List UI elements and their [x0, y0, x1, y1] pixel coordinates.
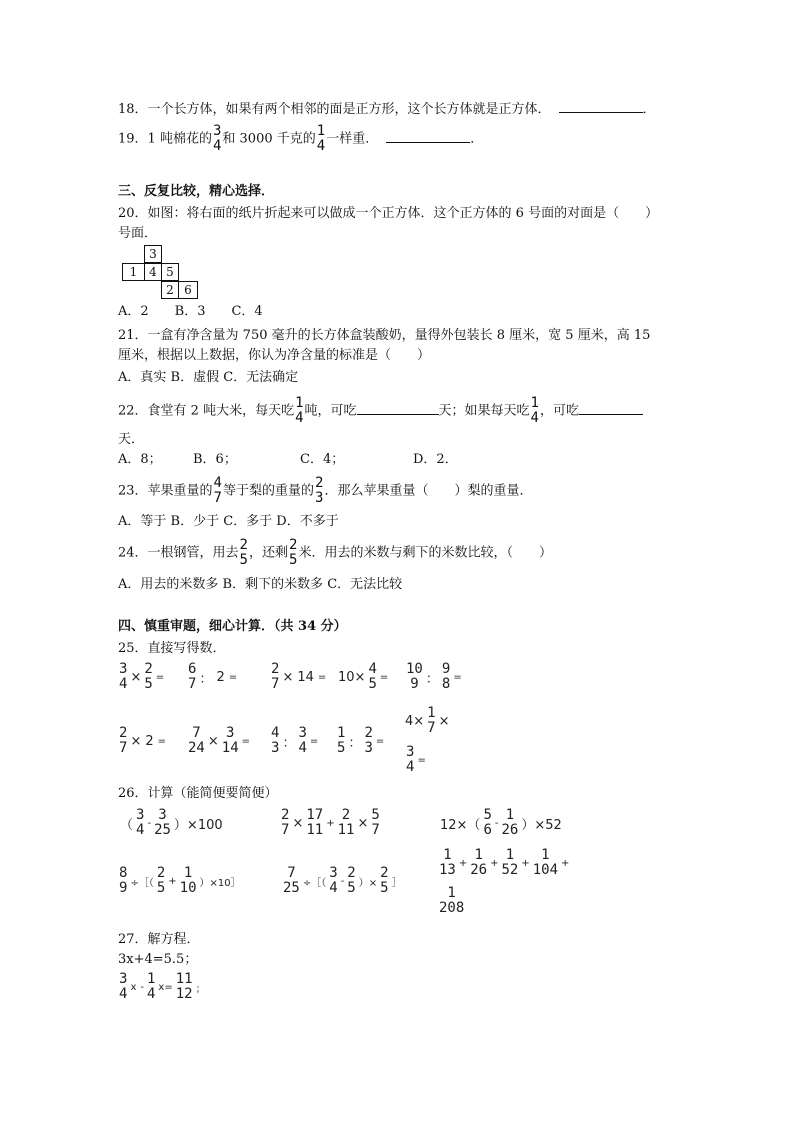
question-22: 22．食堂有 2 吨大米，每天吃14吨，可吃天；如果每天吃14，可吃 — [118, 396, 643, 427]
fraction: 23 — [315, 476, 323, 506]
net-face-5: 5 — [161, 263, 179, 281]
q26-expr-4: 89÷［（25+110）×10］ — [118, 866, 243, 896]
q26-expr-3: 12×（56-126）×52 — [438, 808, 564, 838]
net-face-3: 3 — [144, 245, 162, 263]
q25-expr-6: 27×2= — [118, 726, 168, 756]
q25-expr-8: 43：34= — [270, 726, 320, 756]
fraction: 25 — [240, 538, 248, 568]
question-19: 19．1 吨棉花的34和 3000 千克的14一样重．． — [118, 124, 483, 155]
question-23-options: A．等于 B．少于 C．多于 D．不多于 — [118, 514, 339, 530]
fraction: 25 — [289, 538, 297, 568]
question-21-options: A．真实 B．虚假 C．无法确定 — [118, 370, 298, 386]
question-22-option-d: D．2． — [413, 452, 458, 468]
section-3-title: 三、反复比较，精心选择． — [118, 184, 274, 200]
fraction: 47 — [214, 476, 222, 506]
q26-expr-5: 725÷［（34-25）×25］ — [282, 866, 404, 896]
question-25-title: 25．直接写得数． — [118, 641, 226, 657]
fraction: 14 — [317, 124, 325, 154]
answer-blank-19[interactable] — [386, 130, 470, 143]
question-20-options: A．2 B．3 C．4 — [118, 304, 263, 320]
question-24: 24．一根钢管，用去25，还剩25米．用去的米数与剩下的米数比较，（ ） — [118, 538, 552, 569]
question-22-option-a: A．8； — [118, 452, 162, 468]
answer-blank-22b[interactable] — [579, 402, 643, 415]
fraction: 14 — [295, 396, 303, 426]
question-22-option-c: C．4； — [300, 452, 344, 468]
question-21-line2: 厘米，根据以上数据，你认为净含量的标准是（ ） — [118, 348, 430, 364]
question-20-line2: 号面． — [118, 226, 157, 242]
question-18-text: 18．一个长方体，如果有两个相邻的面是正方形，这个长方体就是正方体． — [118, 102, 551, 117]
q25-expr-9: 15：23= — [336, 726, 386, 756]
question-21-line1: 21．一盒有净含量为 750 毫升的长方体盒装酸奶，量得外包装长 8 厘米，宽 … — [118, 328, 650, 344]
fraction: 34 — [213, 124, 221, 154]
equation-1: 3x+4=5.5； — [118, 952, 197, 968]
answer-blank-22a[interactable] — [357, 402, 439, 415]
net-face-6: 6 — [178, 281, 198, 299]
q25-expr-5: 109：98= — [405, 662, 464, 692]
q26-expr-1: （34-325）×100 — [118, 808, 225, 838]
net-face-2: 2 — [161, 281, 179, 299]
q25-expr-7: 724×314= — [187, 726, 252, 756]
equation-2: 34x-14x=1112； — [118, 972, 208, 1002]
question-24-options: A．用去的米数多 B．剩下的米数多 C．无法比较 — [118, 577, 402, 593]
q25-expr-3: 27×14= — [270, 662, 328, 692]
question-27-title: 27．解方程． — [118, 932, 200, 948]
q25-expr-10-cont: 34= — [405, 745, 428, 775]
q26-expr-6-cont: 1208 — [438, 886, 465, 916]
fraction: 14 — [531, 396, 539, 426]
question-22-option-b: B．6； — [193, 452, 237, 468]
question-18: 18．一个长方体，如果有两个相邻的面是正方形，这个长方体就是正方体．． — [118, 100, 656, 118]
question-23: 23．苹果重量的47等于梨的重量的23．那么苹果重量（ ）梨的重量． — [118, 476, 532, 507]
question-26-title: 26．计算（能简便要简便） — [118, 786, 278, 802]
q26-expr-2: 27×1711+211×57 — [280, 808, 381, 838]
q25-expr-2: 67：2= — [187, 662, 239, 692]
q26-expr-6: 113+126+152+1104+ — [438, 848, 571, 878]
question-22-line2: 天． — [118, 432, 144, 448]
question-20-line1: 20．如图：将右面的纸片折起来可以做成一个正方体．这个正方体的 6 号面的对面是… — [118, 206, 658, 222]
net-face-1: 1 — [122, 263, 145, 281]
section-4-title: 四、慎重审题，细心计算．（共 34 分） — [118, 619, 347, 635]
net-face-4: 4 — [144, 263, 162, 281]
q25-expr-4: 10×45= — [336, 662, 390, 692]
answer-blank-18[interactable] — [559, 100, 643, 113]
q25-expr-1: 34×25= — [118, 662, 166, 692]
q25-expr-10: 4×17× — [403, 706, 452, 736]
